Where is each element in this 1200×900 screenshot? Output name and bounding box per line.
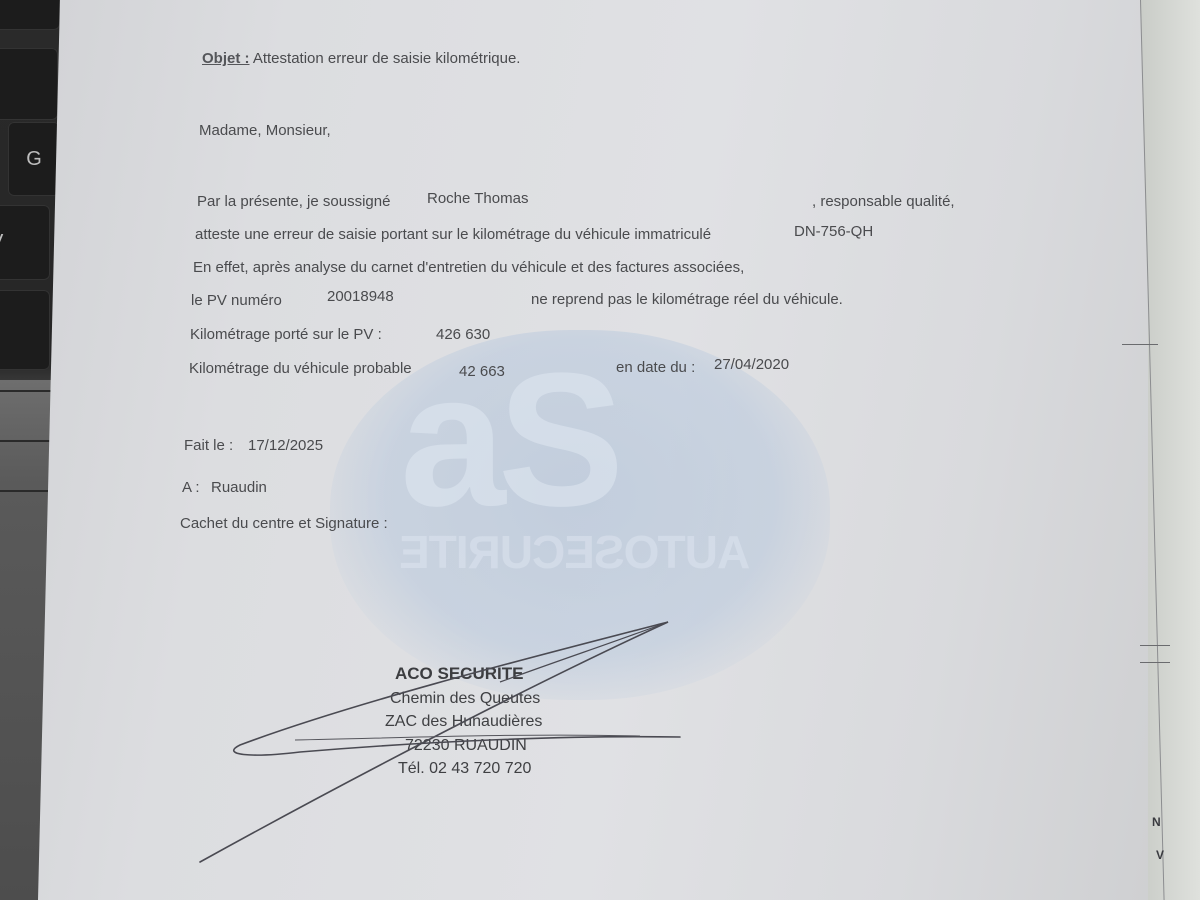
margin-tick <box>1140 645 1170 646</box>
pv-suffix: ne reprend pas le kilométrage réel du vé… <box>531 291 843 308</box>
date-label: en date du : <box>616 359 695 376</box>
pv-label: le PV numéro <box>191 292 282 309</box>
keyboard-key-g: G <box>8 122 60 196</box>
signatory-name: Roche Thomas <box>427 190 528 207</box>
line1-prefix: Par la présente, je soussigné <box>197 193 390 210</box>
margin-tick <box>1122 344 1158 345</box>
km-pv-value: 426 630 <box>436 326 490 343</box>
fait-le-value: 17/12/2025 <box>248 437 323 454</box>
cachet-label: Cachet du centre et Signature : <box>180 515 388 532</box>
salutation: Madame, Monsieur, <box>199 122 331 139</box>
stamp-company: ACO SECURITE <box>395 664 523 684</box>
subject-text: Attestation erreur de saisie kilométriqu… <box>253 50 521 67</box>
paper-stack-back <box>1140 0 1200 900</box>
km-pv-label: Kilométrage porté sur le PV : <box>190 326 382 343</box>
keyboard-key <box>0 0 60 30</box>
margin-mark-v: V <box>1156 848 1164 862</box>
keyboard-key <box>0 290 50 370</box>
line3: En effet, après analyse du carnet d'entr… <box>193 259 744 276</box>
keyboard-key <box>0 48 58 120</box>
signatory-role: , responsable qualité, <box>812 193 955 210</box>
line2-prefix: atteste une erreur de saisie portant sur… <box>195 226 711 243</box>
stamp-phone: Tél. 02 43 720 720 <box>398 760 531 778</box>
stamp-address-line3: 72230 RUAUDIN <box>405 737 527 755</box>
date-value: 27/04/2020 <box>714 356 789 373</box>
keyboard-key-label: V <box>0 231 3 254</box>
a-value: Ruaudin <box>211 479 267 496</box>
vehicle-plate: DN-756-QH <box>794 223 873 240</box>
pv-number: 20018948 <box>327 288 394 305</box>
stamp-address-line1: Chemin des Queutes <box>390 690 540 708</box>
km-probable-label: Kilométrage du véhicule probable <box>189 360 412 377</box>
a-label: A : <box>182 479 200 496</box>
watermark-letters: aS <box>400 345 616 535</box>
stamp-address-line2: ZAC des Hunaudières <box>385 713 542 731</box>
margin-mark-n: N <box>1152 815 1161 829</box>
watermark-brand: AUTOSECURITE <box>400 525 750 579</box>
subject-label: Objet : <box>202 50 250 67</box>
margin-tick <box>1140 662 1170 663</box>
fait-le-label: Fait le : <box>184 437 233 454</box>
keyboard-key-v: V <box>0 205 50 280</box>
km-probable-value: 42 663 <box>459 363 505 380</box>
subject-line: Objet : Attestation erreur de saisie kil… <box>202 50 520 67</box>
